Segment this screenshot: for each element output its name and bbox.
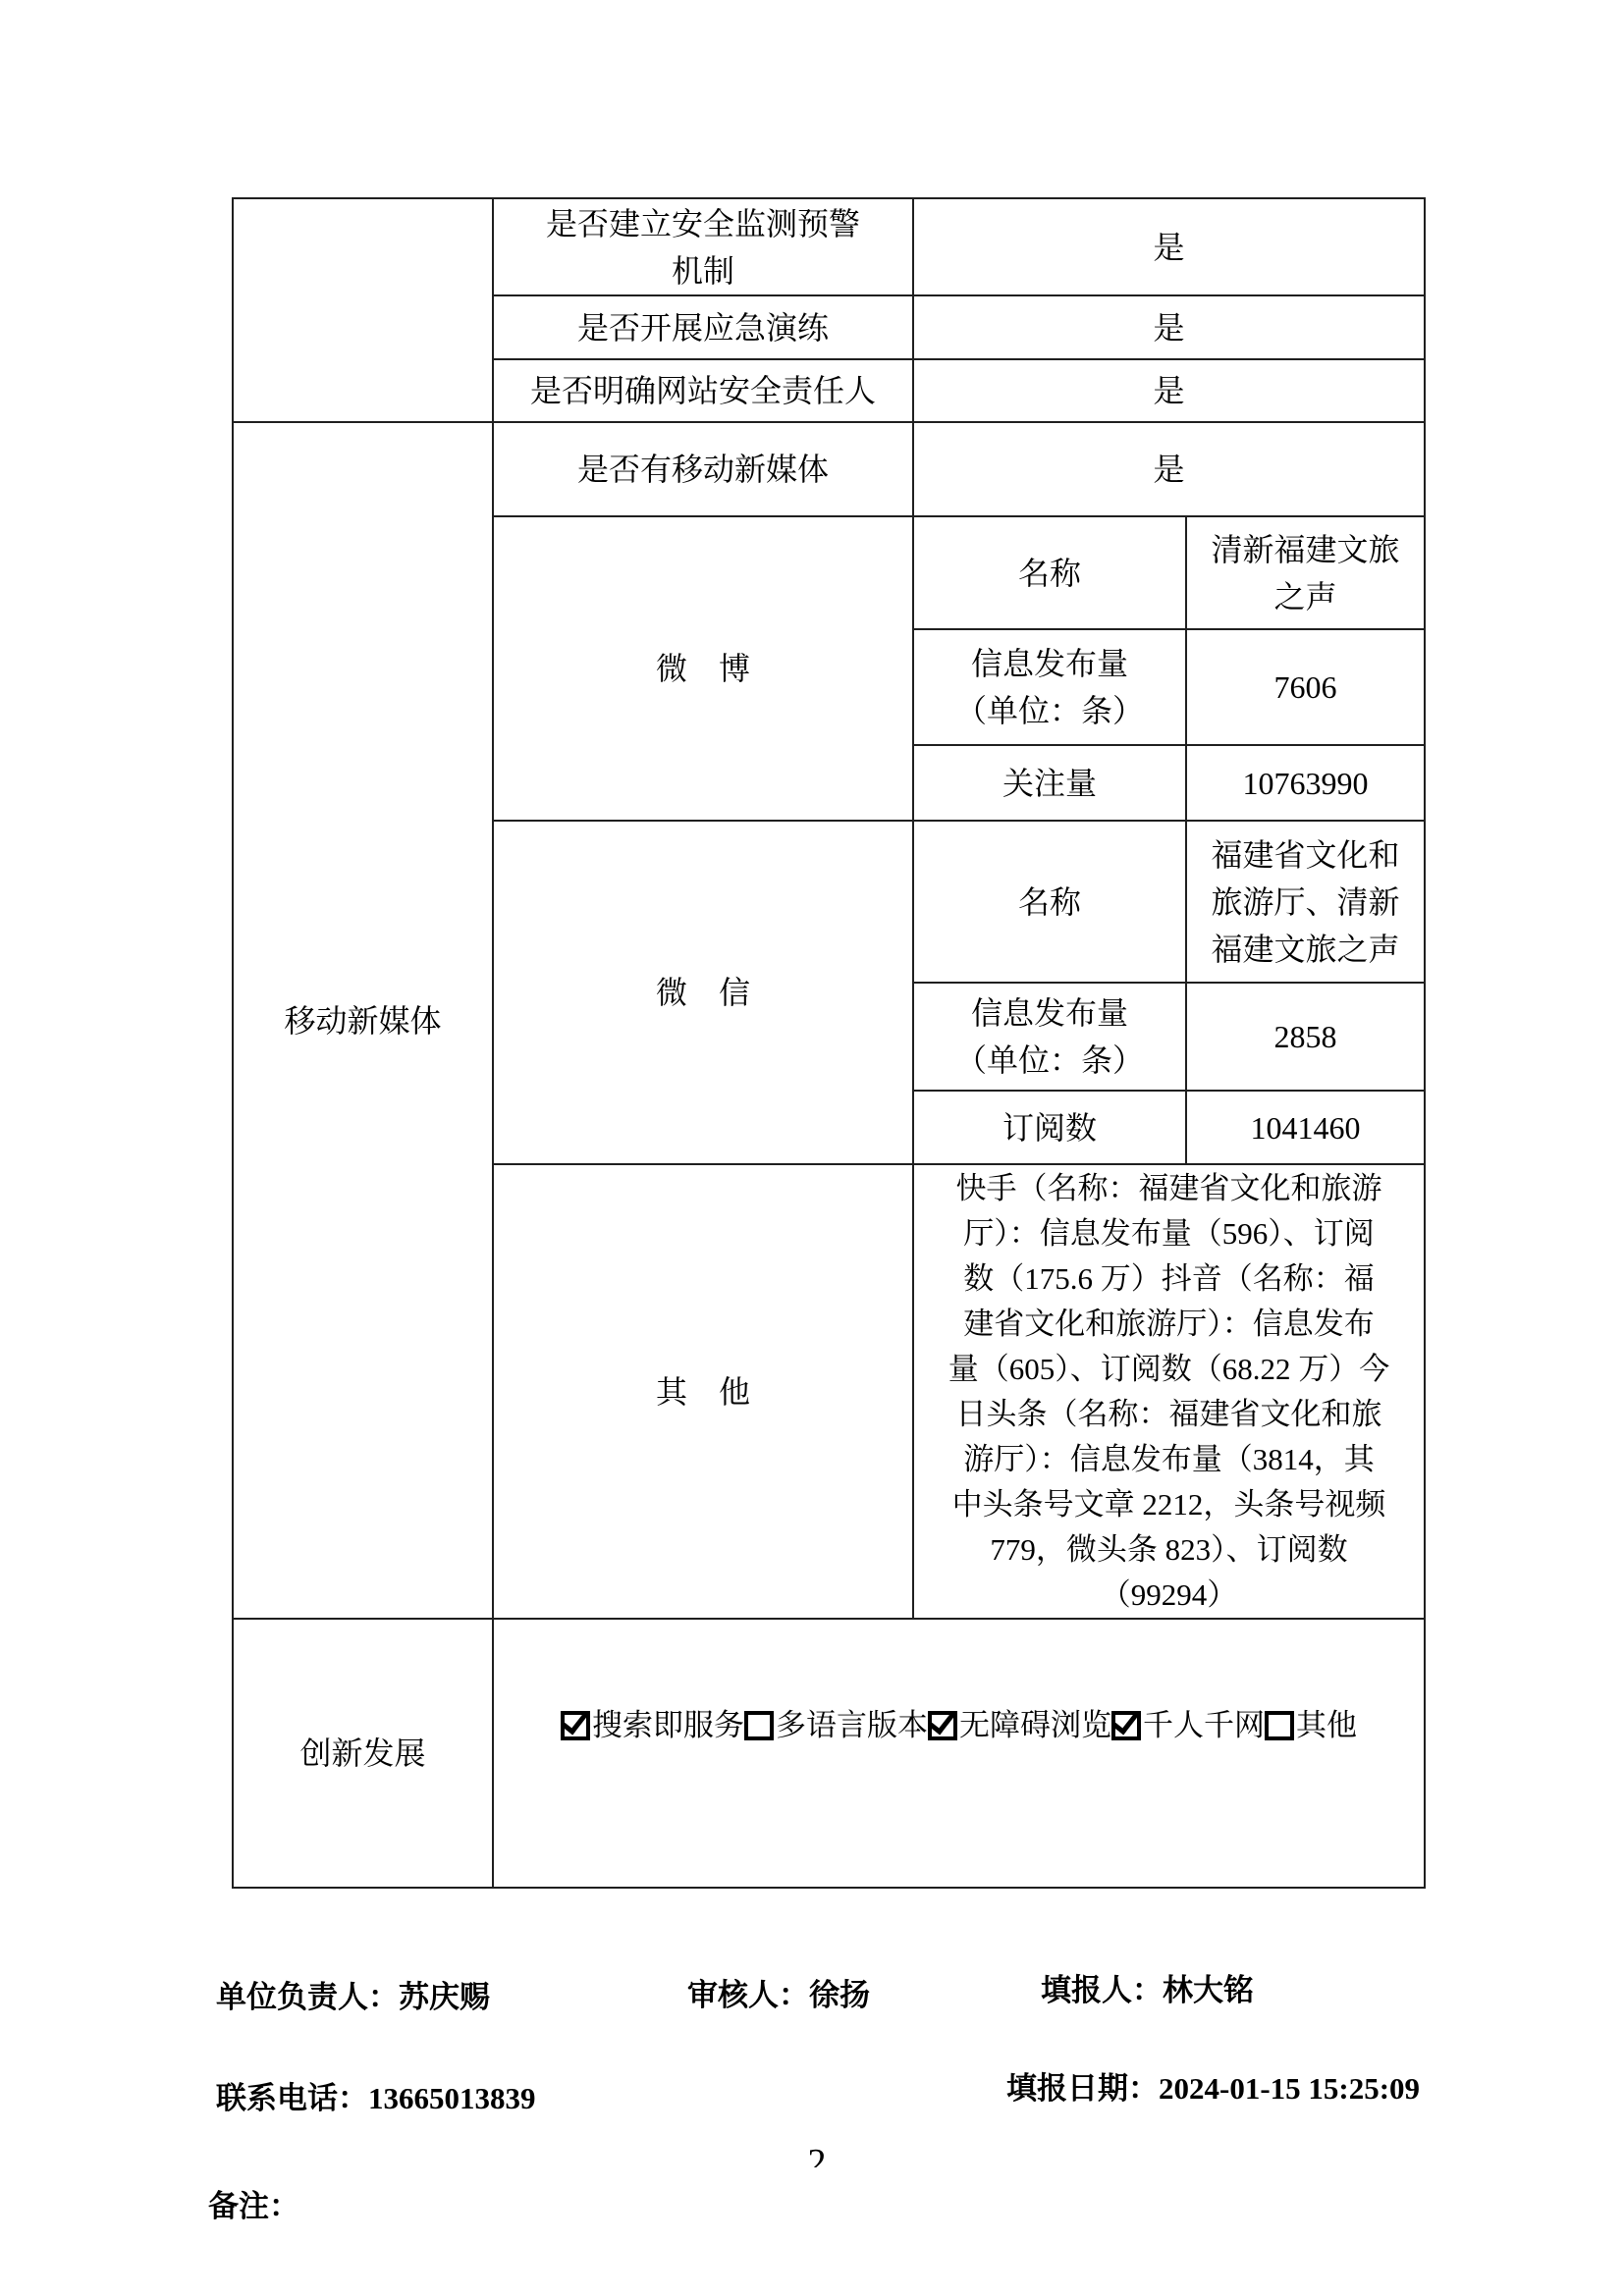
remark-label: 备注：	[208, 2189, 299, 2223]
innovation-option-label: 无障碍浏览	[959, 1702, 1111, 1749]
unit-head-label: 单位负责人：	[216, 1980, 399, 2014]
unit-head-line: 单位负责人：苏庆赐	[216, 1978, 490, 2017]
other-platforms-label: 其 他	[494, 1165, 914, 1620]
phone-value: 13665013839	[368, 2081, 536, 2115]
weibo-label: 微 博	[494, 517, 914, 822]
innovation-option-label: 其他	[1296, 1702, 1357, 1749]
filler-value: 林大铭	[1163, 1973, 1254, 2007]
report-page: 移动新媒体 创新发展 是否建立安全监测预警 机制 是 是否开展应急演练 是 是否…	[0, 0, 1624, 2296]
has-mobile-media-label: 是否有移动新媒体	[494, 423, 914, 517]
checkbox-icon	[1111, 1711, 1141, 1740]
innovation-option: 无障碍浏览	[928, 1702, 1111, 1749]
innovation-option: 搜索即服务	[561, 1702, 744, 1749]
phone-label: 联系电话：	[216, 2081, 368, 2115]
page-number-digit: 2	[808, 2142, 827, 2167]
checkbox-icon	[1265, 1711, 1294, 1740]
wechat-posts-value: 2858	[1187, 984, 1426, 1092]
checkbox-icon	[928, 1711, 957, 1740]
section-cell-empty	[234, 199, 494, 423]
checkbox-icon	[744, 1711, 774, 1740]
weibo-followers-value: 10763990	[1187, 746, 1426, 822]
innovation-option-label: 搜索即服务	[592, 1702, 744, 1749]
innovation-option: 多语言版本	[744, 1702, 928, 1749]
weibo-followers-label: 关注量	[914, 746, 1187, 822]
page-number: 2	[797, 2142, 837, 2167]
reviewer-line: 审核人：徐扬	[687, 1976, 870, 2015]
section-cell-mobile-media: 移动新媒体	[234, 423, 494, 1620]
innovation-option: 千人千网	[1111, 1702, 1265, 1749]
unit-head-value: 苏庆赐	[399, 1980, 490, 2014]
wechat-label: 微 信	[494, 822, 914, 1165]
innovation-option: 其他	[1265, 1702, 1357, 1749]
wechat-posts-label: 信息发布量 （单位：条）	[914, 984, 1187, 1092]
remark-line: 备注：	[208, 2187, 299, 2226]
innovation-options-cell: 搜索即服务 多语言版本 无障碍浏览 千人千网 其他	[494, 1620, 1426, 1889]
weibo-posts-value: 7606	[1187, 630, 1426, 746]
innovation-options-row: 搜索即服务 多语言版本 无障碍浏览 千人千网 其他	[561, 1702, 1357, 1749]
reviewer-label: 审核人：	[687, 1978, 809, 2012]
filler-label: 填报人：	[1041, 1973, 1163, 2007]
weibo-name-label: 名称	[914, 517, 1187, 630]
weibo-posts-label: 信息发布量 （单位：条）	[914, 630, 1187, 746]
security-row-value: 是	[914, 199, 1426, 296]
security-row-label: 是否建立安全监测预警 机制	[494, 199, 914, 296]
weibo-name-value: 清新福建文旅 之声	[1187, 517, 1426, 630]
wechat-name-label: 名称	[914, 822, 1187, 984]
other-platforms-text: 快手（名称：福建省文化和旅游 厅）：信息发布量（596）、订阅 数（175.6 …	[914, 1165, 1426, 1620]
wechat-subscribers-label: 订阅数	[914, 1092, 1187, 1165]
phone-line: 联系电话：13665013839	[216, 2079, 536, 2118]
report-date-line: 填报日期：2024-01-15 15:25:09	[1006, 2069, 1420, 2109]
report-date-value: 2024-01-15 15:25:09	[1159, 2071, 1420, 2106]
checkbox-icon	[561, 1711, 590, 1740]
wechat-subscribers-value: 1041460	[1187, 1092, 1426, 1165]
section-cell-innovation: 创新发展	[234, 1620, 494, 1889]
security-row-value: 是	[914, 360, 1426, 423]
security-row-value: 是	[914, 296, 1426, 360]
security-row-label: 是否明确网站安全责任人	[494, 360, 914, 423]
report-date-label: 填报日期：	[1006, 2071, 1159, 2106]
has-mobile-media-value: 是	[914, 423, 1426, 517]
report-table: 移动新媒体 创新发展 是否建立安全监测预警 机制 是 是否开展应急演练 是 是否…	[232, 197, 1426, 1889]
security-row-label: 是否开展应急演练	[494, 296, 914, 360]
innovation-option-label: 多语言版本	[776, 1702, 928, 1749]
wechat-name-value: 福建省文化和 旅游厅、清新 福建文旅之声	[1187, 822, 1426, 984]
reviewer-value: 徐扬	[809, 1978, 870, 2012]
innovation-option-label: 千人千网	[1143, 1702, 1265, 1749]
filler-line: 填报人：林大铭	[1041, 1971, 1254, 2010]
